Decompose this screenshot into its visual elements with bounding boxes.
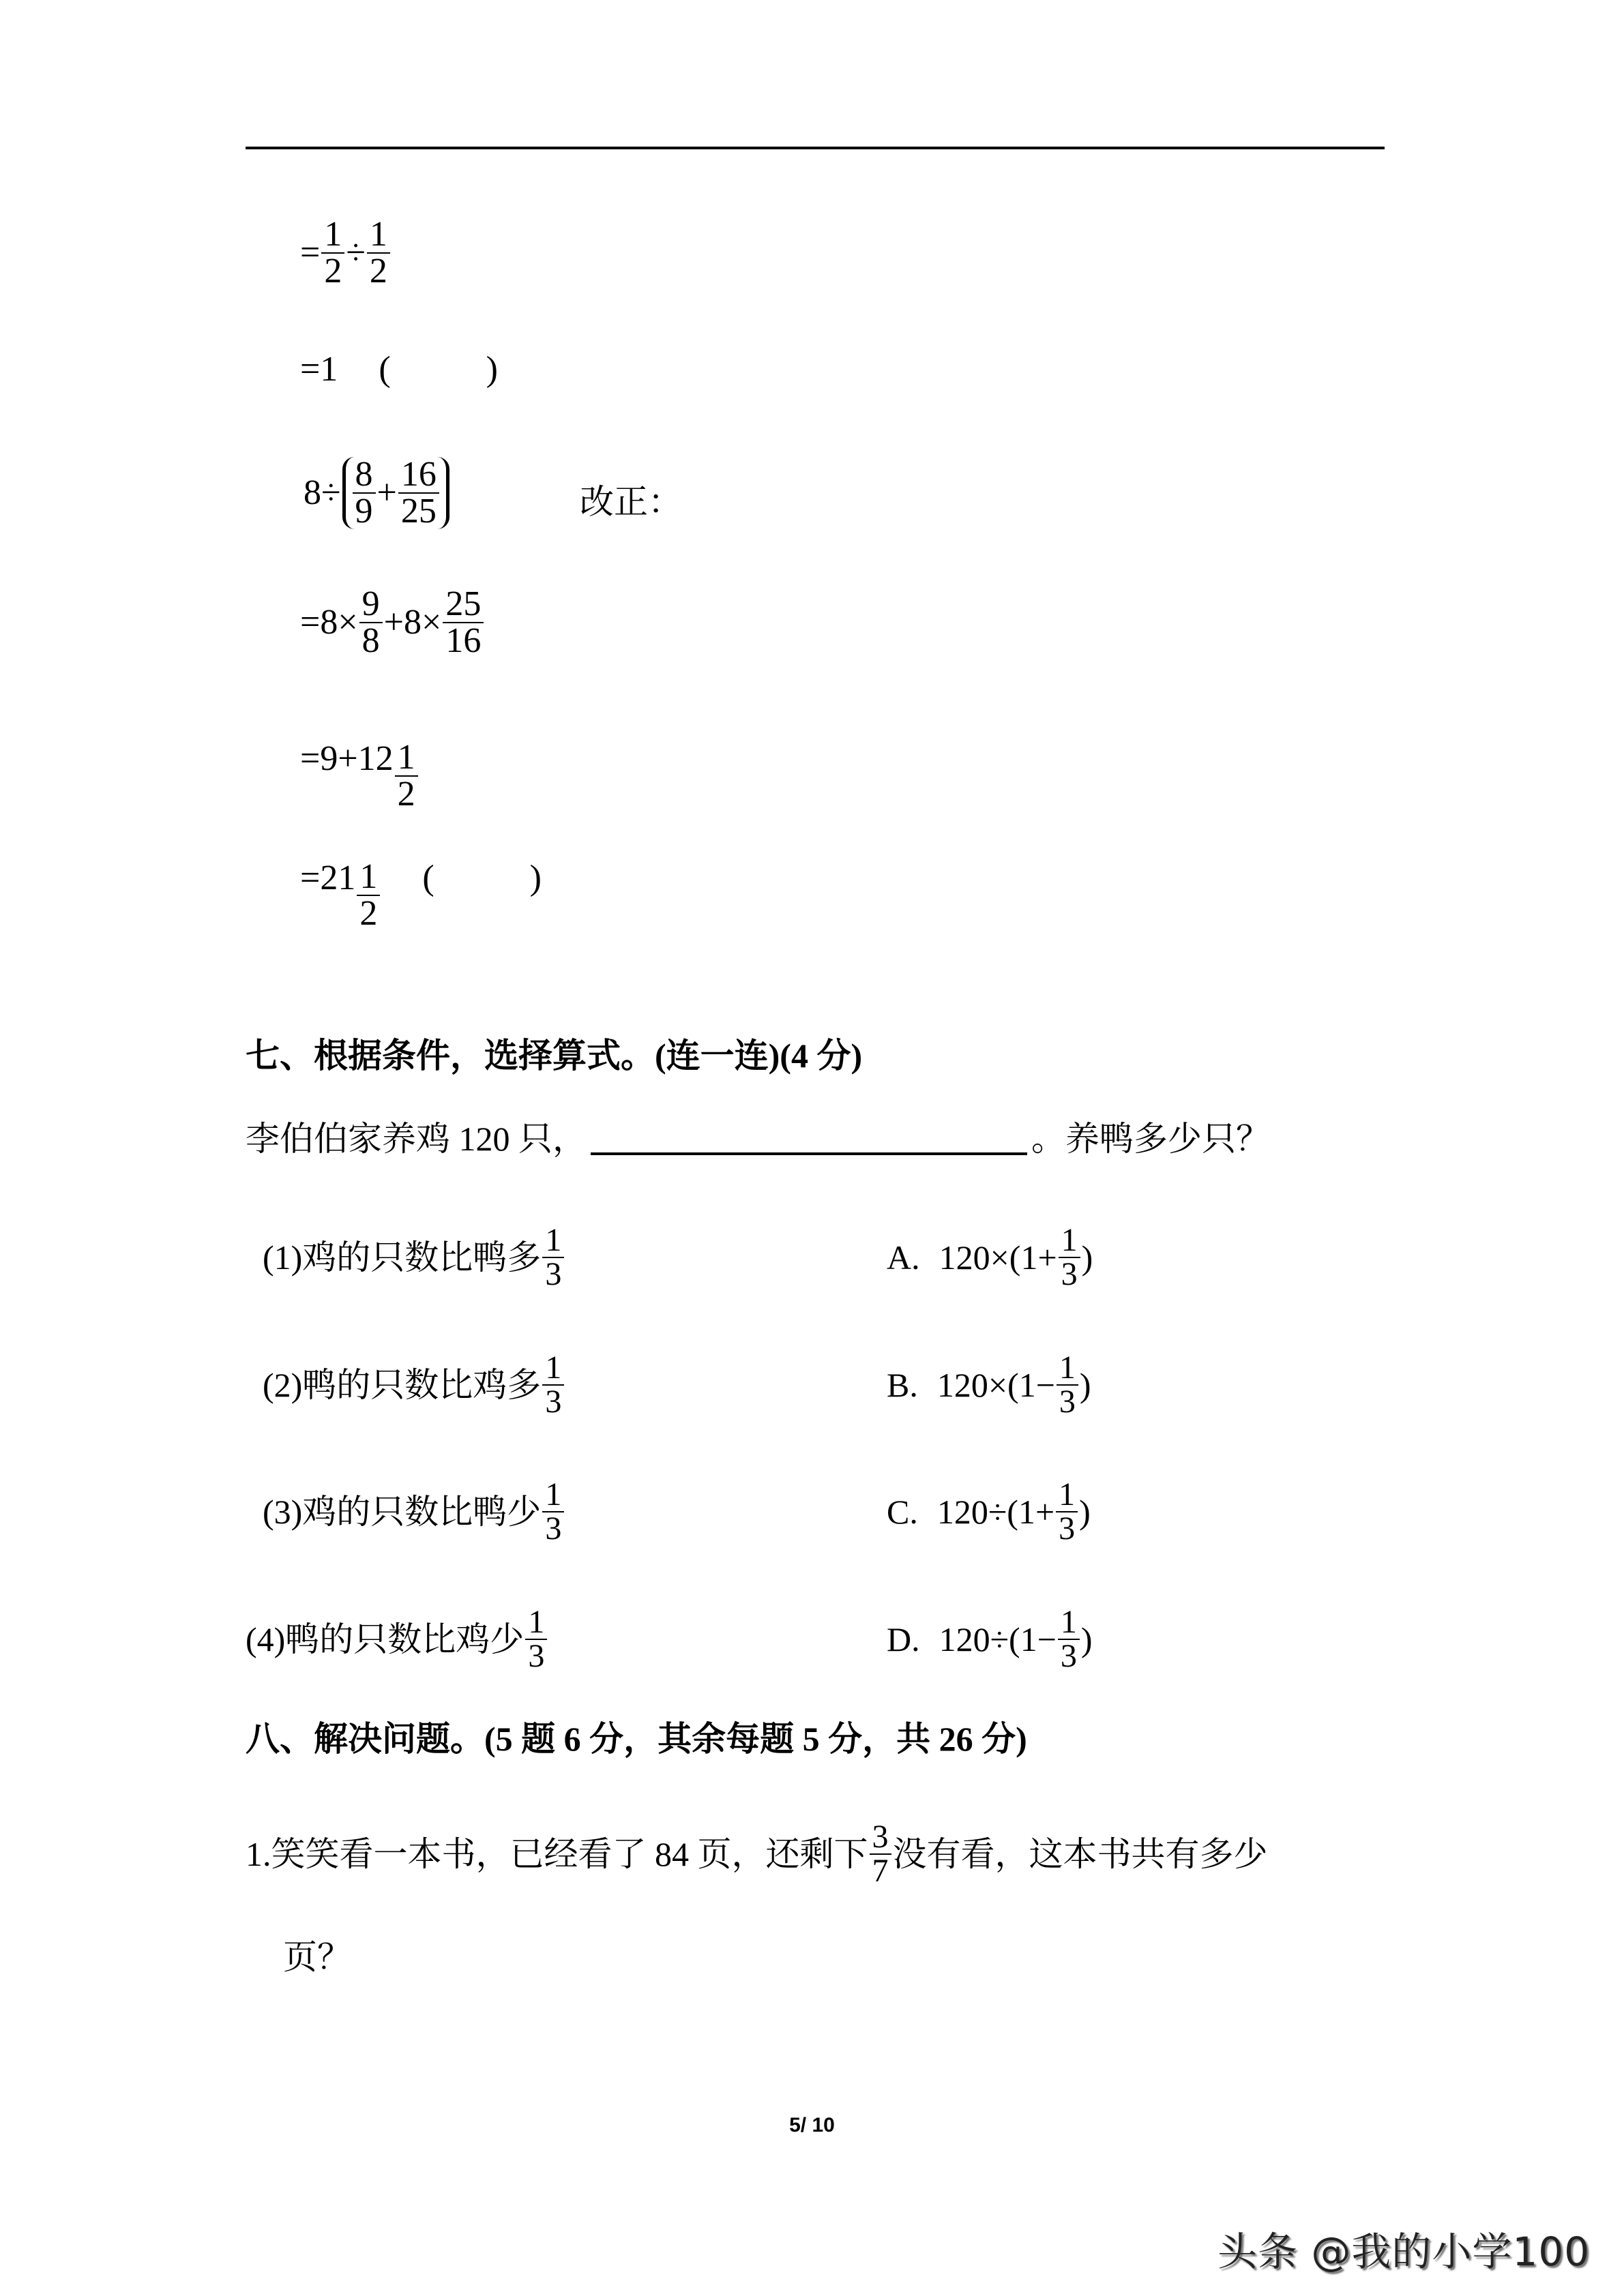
judgment-paren-open: ( — [422, 858, 434, 899]
calc-step-4: =9+12 1 2 — [300, 706, 419, 812]
fraction: 1 2 — [395, 740, 418, 812]
numerator: 1 — [357, 859, 380, 895]
section-heading-text: 七、根据条件，选择算式。(连一连)(4 分) — [246, 1035, 862, 1076]
numerator: 3 — [870, 1821, 891, 1853]
condition-blank[interactable] — [591, 1122, 1027, 1155]
denominator: 2 — [367, 252, 390, 289]
condition-item-2[interactable]: (2)鸭的只数比鸡多 1 3 — [263, 1352, 565, 1418]
fraction: 1 3 — [1058, 1606, 1080, 1673]
option-letter: C. — [887, 1491, 918, 1532]
option-expression: 120÷(1+ — [937, 1491, 1054, 1532]
denominator: 3 — [1058, 1639, 1080, 1673]
numerator: 1 — [1059, 1224, 1080, 1257]
condition-item-3[interactable]: (3)鸡的只数比鸭少 1 3 — [263, 1478, 565, 1545]
denominator: 16 — [443, 622, 484, 659]
page-number: 5/ 10 — [0, 2114, 1624, 2137]
judgment-paren-open: ( — [379, 349, 390, 390]
question-text-after: 没有看，这本书共有多少 — [893, 1834, 1268, 1875]
question-1-continuation: 页？ — [283, 1937, 351, 1978]
fraction: 25 16 — [443, 586, 484, 659]
fraction: 1 3 — [542, 1478, 564, 1545]
numerator: 1 — [1057, 1352, 1078, 1384]
prompt-before: 李伯伯家养鸡 120 只， — [246, 1118, 587, 1159]
fraction: 1 3 — [1056, 1478, 1078, 1545]
numerator: 1 — [1056, 1478, 1078, 1511]
close-paren: ) — [1080, 1365, 1091, 1405]
denominator: 3 — [1057, 1384, 1078, 1418]
fraction: 3 7 — [870, 1821, 891, 1888]
denominator: 9 — [353, 492, 376, 529]
step-prefix: =21 — [300, 858, 355, 899]
question-text-continuation: 页？ — [283, 1937, 351, 1978]
option-expression: 120÷(1− — [939, 1619, 1057, 1660]
header-rule — [246, 147, 1385, 149]
option-expression: 120×(1− — [937, 1365, 1055, 1405]
close-paren: ) — [1081, 1619, 1093, 1660]
denominator: 3 — [525, 1639, 547, 1673]
option-item-a[interactable]: A. 120×(1+ 1 3 ) — [887, 1224, 1093, 1291]
fraction: 1 3 — [542, 1224, 564, 1291]
judgment-paren-close: ) — [486, 349, 498, 390]
numerator: 9 — [359, 586, 383, 622]
numerator: 1 — [542, 1352, 564, 1384]
denominator: 3 — [542, 1384, 564, 1418]
section-7-prompt: 李伯伯家养鸡 120 只， 。养鸭多少只？ — [246, 1118, 1270, 1159]
close-paren: ) — [1082, 1237, 1093, 1278]
option-letter: A. — [887, 1237, 920, 1278]
condition-label: (1)鸡的只数比鸭多 — [263, 1237, 541, 1278]
numerator: 1 — [367, 217, 390, 252]
fraction: 9 8 — [359, 586, 383, 659]
condition-item-4[interactable]: (4)鸭的只数比鸡少 1 3 — [246, 1606, 548, 1673]
prompt-after: 。养鸭多少只？ — [1031, 1118, 1270, 1159]
fraction: 16 25 — [398, 457, 439, 529]
denominator: 2 — [321, 252, 344, 289]
numerator: 1 — [395, 740, 418, 775]
numerator: 16 — [398, 457, 439, 492]
bracket-group: 8 9 + 16 25 — [342, 457, 449, 529]
denominator: 25 — [398, 492, 439, 529]
fraction: 1 3 — [525, 1606, 547, 1673]
numerator: 1 — [542, 1224, 564, 1257]
step-prefix: =9+12 — [300, 739, 394, 779]
condition-item-1[interactable]: (1)鸡的只数比鸭多 1 3 — [263, 1224, 565, 1291]
watermark: 头条 @我的小学100 — [1217, 2220, 1590, 2277]
denominator: 3 — [1059, 1257, 1080, 1291]
section-heading-text: 八、解决问题。(5 题 6 分，其余每题 5 分，共 26 分) — [246, 1718, 1027, 1759]
fraction: 8 9 — [353, 457, 376, 529]
equals-sign: = — [300, 233, 320, 273]
denominator: 2 — [357, 895, 380, 931]
section-8-heading: 八、解决问题。(5 题 6 分，其余每题 5 分，共 26 分) — [246, 1718, 1027, 1759]
question-text-before: 1.笑笑看一本书，已经看了 84 页，还剩下 — [246, 1834, 868, 1875]
numerator: 1 — [321, 217, 344, 252]
denominator: 8 — [359, 622, 383, 659]
denominator: 3 — [542, 1511, 564, 1545]
step-value: =1 — [300, 349, 338, 390]
question-1: 1.笑笑看一本书，已经看了 84 页，还剩下 3 7 没有看，这本书共有多少 — [246, 1821, 1268, 1888]
step-prefix: =8× — [300, 602, 358, 643]
expression-lead: 8÷ — [304, 473, 341, 513]
calc-expression-2: 8÷ 8 9 + 16 25 — [304, 457, 451, 529]
calc-step-2: =1 ( ) — [300, 349, 498, 390]
option-letter: B. — [887, 1365, 918, 1405]
numerator: 1 — [1058, 1606, 1080, 1639]
operator: + — [377, 473, 397, 513]
option-letter: D. — [887, 1619, 920, 1660]
fraction: 1 3 — [1057, 1352, 1078, 1418]
numerator: 1 — [542, 1478, 564, 1511]
calc-step-1: = 1 2 ÷ 1 2 — [300, 217, 392, 289]
denominator: 3 — [542, 1257, 564, 1291]
numerator: 1 — [525, 1606, 547, 1639]
numerator: 25 — [443, 586, 484, 622]
correction-label-text: 改正： — [580, 481, 682, 522]
option-item-d[interactable]: D. 120÷(1− 1 3 ) — [887, 1606, 1093, 1673]
calc-step-3: =8× 9 8 +8× 25 16 — [300, 586, 485, 659]
section-7-heading: 七、根据条件，选择算式。(连一连)(4 分) — [246, 1035, 862, 1076]
option-item-b[interactable]: B. 120×(1− 1 3 ) — [887, 1352, 1091, 1418]
denominator: 7 — [870, 1853, 891, 1888]
correction-label: 改正： — [580, 481, 682, 522]
judgment-paren-close: ) — [530, 858, 542, 899]
option-expression: 120×(1+ — [939, 1237, 1057, 1278]
close-paren: ) — [1079, 1491, 1091, 1532]
condition-label: (3)鸡的只数比鸭少 — [263, 1491, 541, 1532]
option-item-c[interactable]: C. 120÷(1+ 1 3 ) — [887, 1478, 1091, 1545]
operator: ÷ — [346, 233, 366, 273]
condition-label: (4)鸭的只数比鸡少 — [246, 1619, 524, 1660]
step-mid: +8× — [384, 602, 442, 643]
fraction: 1 2 — [367, 217, 390, 289]
numerator: 8 — [353, 457, 376, 492]
fraction: 1 3 — [1059, 1224, 1080, 1291]
denominator: 2 — [395, 775, 418, 812]
condition-label: (2)鸭的只数比鸡多 — [263, 1365, 541, 1405]
fraction: 1 2 — [321, 217, 344, 289]
calc-step-5: =21 1 2 ( ) — [300, 825, 542, 931]
fraction: 1 3 — [542, 1352, 564, 1418]
fraction: 1 2 — [357, 859, 380, 931]
denominator: 3 — [1056, 1511, 1078, 1545]
